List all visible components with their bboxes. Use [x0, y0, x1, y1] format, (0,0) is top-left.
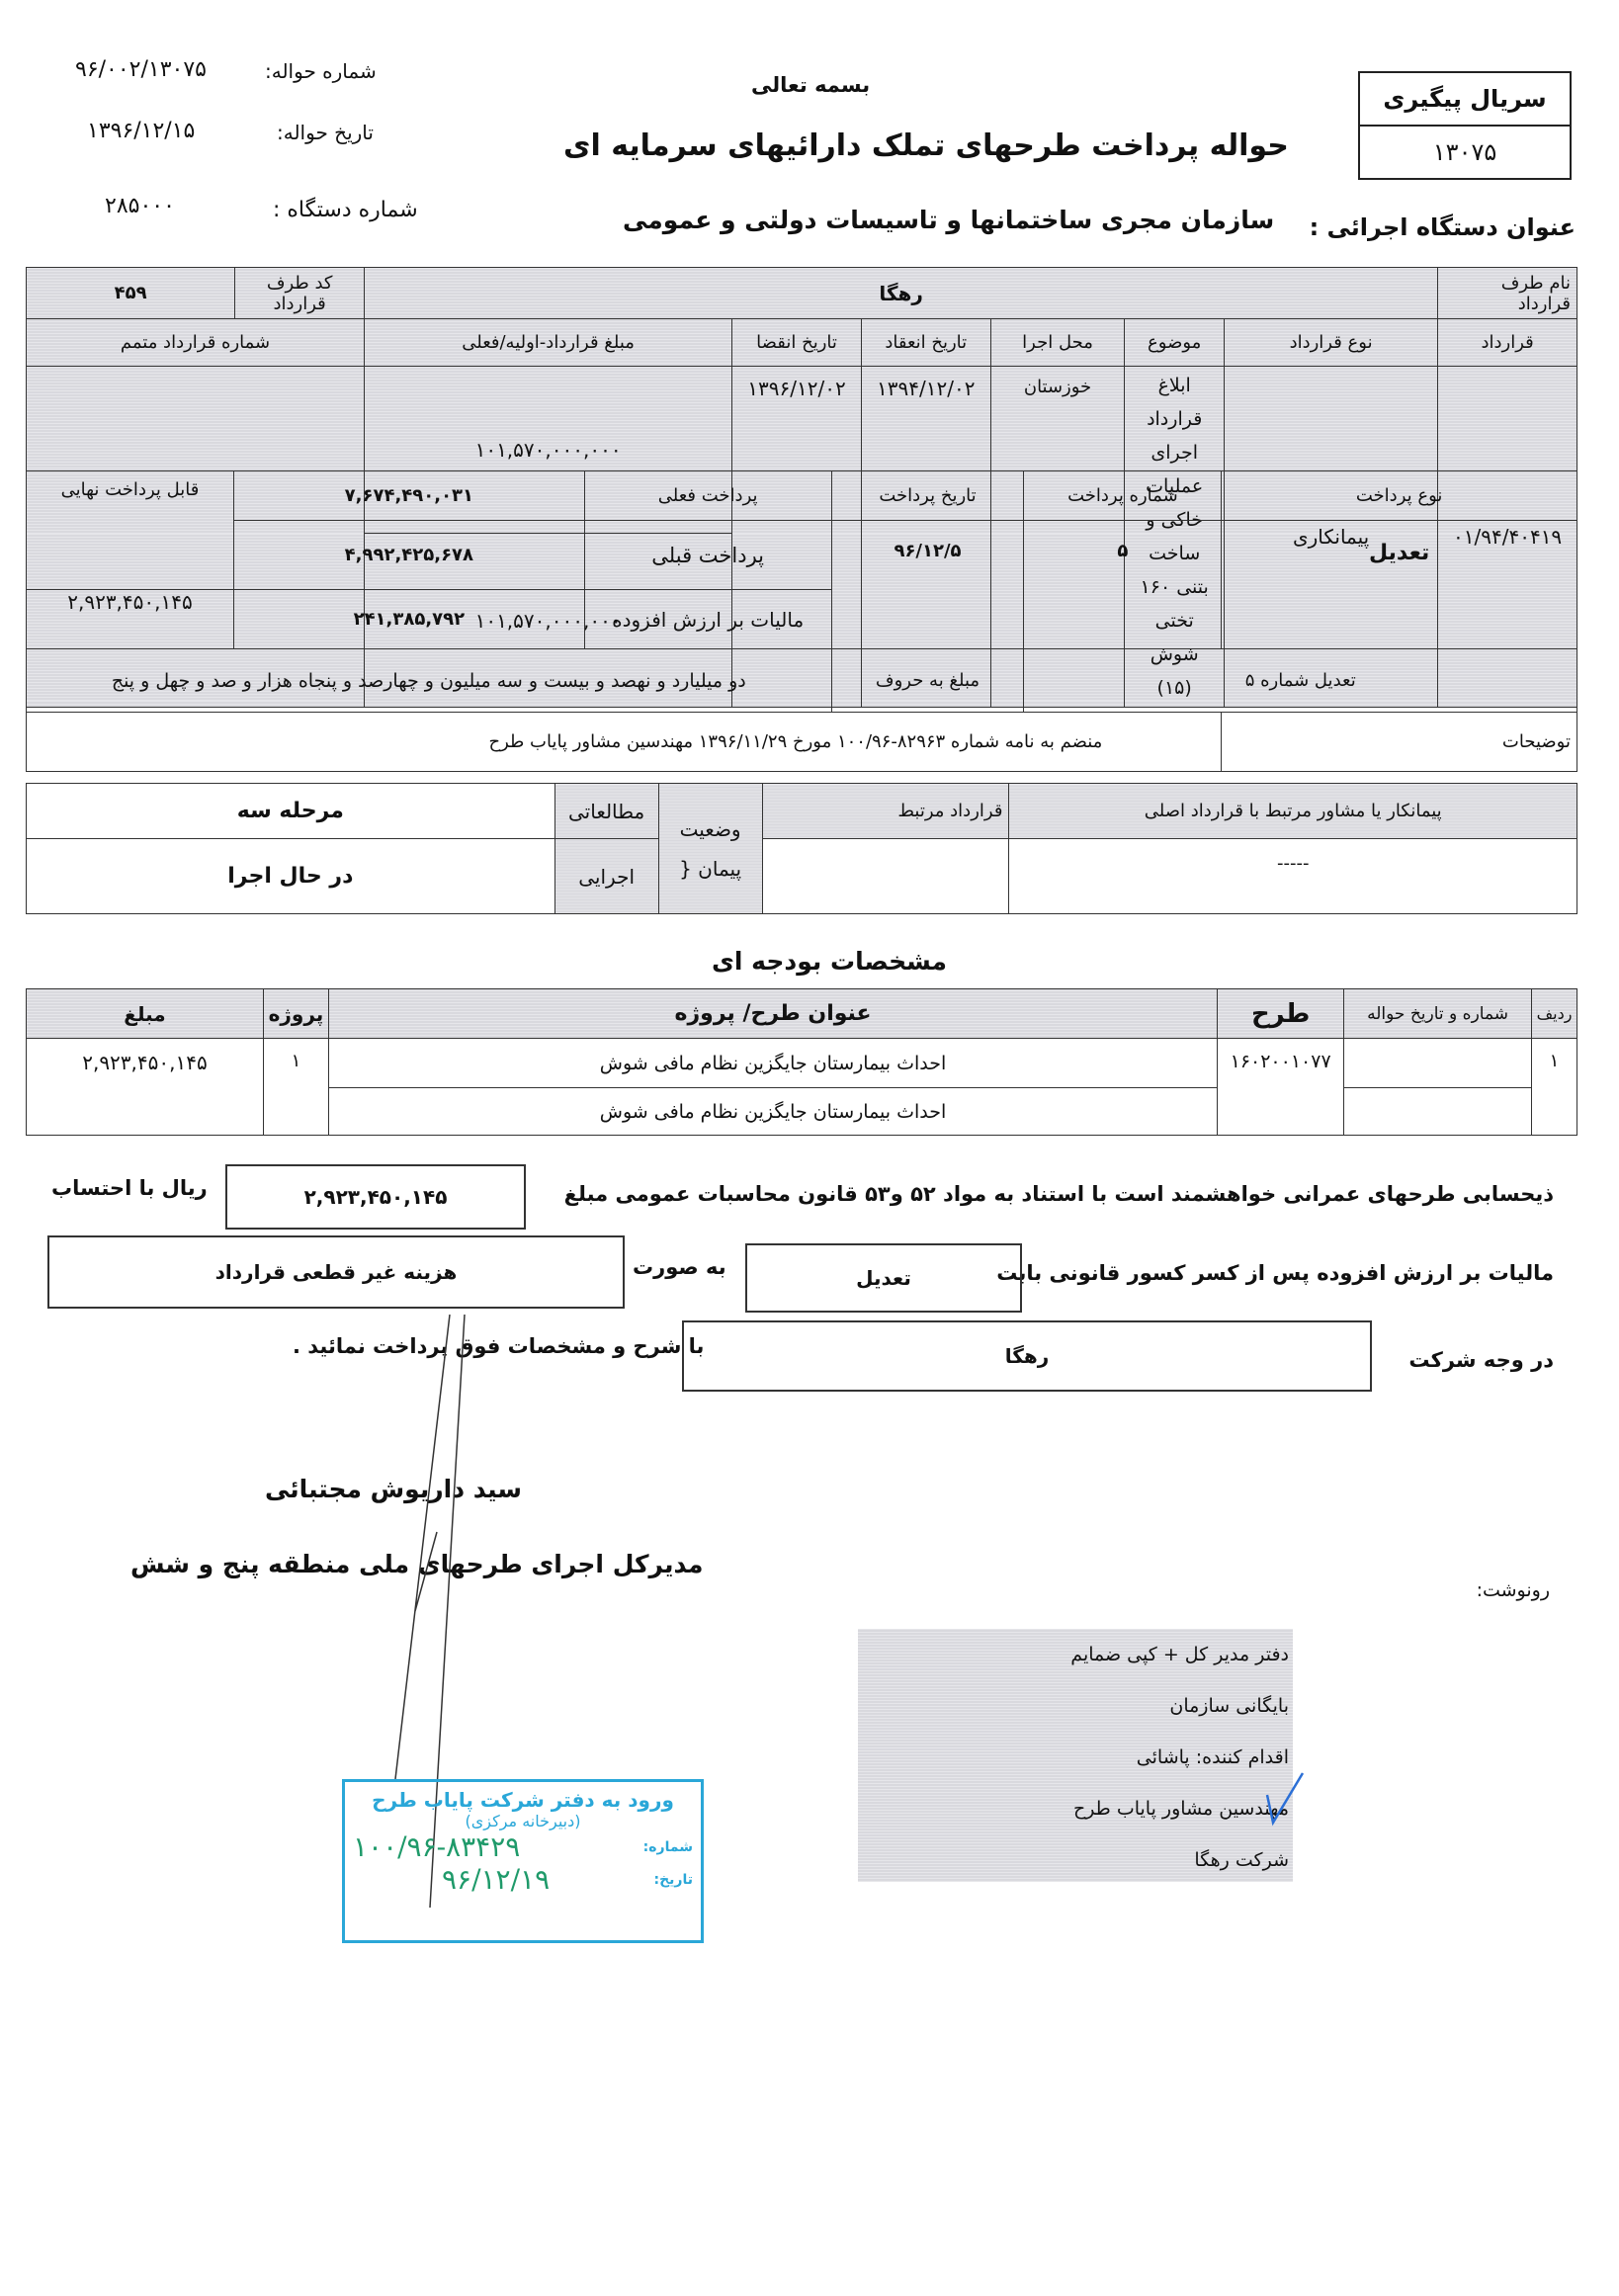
- basmala: بسمه تعالی: [751, 73, 870, 97]
- budget-col-remit: شماره و تاریخ حواله: [1344, 989, 1532, 1039]
- budget-row-project: ۱: [263, 1039, 328, 1136]
- budget-section-title: مشخصات بودجه ای: [712, 947, 947, 976]
- agency-label: عنوان دستگاه اجرائی :: [1310, 213, 1576, 241]
- status-label: وضعیت: [665, 809, 756, 849]
- payment-type-value: تعدیل: [1222, 521, 1577, 649]
- adjustment-note: تعدیل شماره ۵: [1024, 649, 1577, 713]
- payment-number-value: ۵: [1024, 521, 1222, 649]
- notes-value: منضم به نامه شماره ۸۲۹۶۳-۱۰۰/۹۶ مورخ ۱۳۹…: [27, 713, 1222, 772]
- stamp-line-1: ورود به دفتر شرکت پایاب طرح: [345, 1788, 701, 1812]
- col-contract: قرارداد: [1438, 319, 1577, 367]
- executive-label: اجرایی: [554, 839, 658, 914]
- checkmark-icon: [1265, 1771, 1305, 1827]
- stamp-date-value: ۹۶/۱۲/۱۹: [442, 1863, 550, 1896]
- party-code-label: کد طرف قرارداد: [235, 268, 365, 319]
- remit-number-value: ۹۶/۰۰۲/۱۳۰۷۵: [75, 57, 207, 82]
- related-contract-value: [762, 839, 1009, 914]
- vat-label: مالیات بر ارزش افزوده: [584, 590, 831, 649]
- budget-row-remit: [1344, 1039, 1532, 1088]
- col-amount: مبلغ قرارداد-اولیه/فعلی: [365, 319, 732, 367]
- previous-payment-value: ۴,۹۹۲,۴۲۵,۶۷۸: [233, 521, 584, 590]
- final-payable-label: قابل پرداخت نهایی: [27, 471, 234, 590]
- stamp-number-value: ۱۰۰/۹۶-۸۳۴۲۹: [353, 1830, 520, 1863]
- study-label: مطالعاتی: [554, 784, 658, 839]
- budget-table: ردیف شماره و تاریخ حواله طرح عنوان طرح/ …: [26, 988, 1577, 1136]
- cc-list: دفتر مدیر کل + کپی ضمایم بایگانی سازمان …: [858, 1629, 1293, 1882]
- current-payment-value: ۷,۶۷۴,۴۹۰,۰۳۱: [233, 471, 584, 521]
- cc-label: رونوشت:: [1477, 1579, 1550, 1601]
- related-contract-label: قرارداد مرتبط: [762, 784, 1009, 839]
- instruction-line-3-prefix: در وجه شرکت: [1408, 1348, 1554, 1372]
- instruction-line-3-suffix: با شرح و مشخصات فوق پرداخت نمائید .: [293, 1334, 704, 1358]
- col-type: نوع قرارداد: [1224, 319, 1437, 367]
- cc-item: دفتر مدیر کل + کپی ضمایم: [858, 1629, 1293, 1680]
- serial-label: سریال پیگیری: [1360, 73, 1570, 125]
- budget-row-remit-2: [1344, 1088, 1532, 1136]
- payment-table: نوع پرداخت شماره پرداخت تاریخ پرداخت پرد…: [26, 470, 1577, 772]
- payment-date-value: ۹۶/۱۲/۵: [831, 521, 1024, 649]
- remit-number-label: شماره حواله:: [265, 59, 377, 83]
- budget-col-amount: مبلغ: [27, 989, 264, 1039]
- stage-value: مرحله سه: [27, 784, 555, 839]
- budget-row: ۱ ۱۶۰۲۰۰۱۰۷۷ احداث بیمارستان جایگزین نظا…: [27, 1039, 1577, 1088]
- serial-box: سریال پیگیری ۱۳۰۷۵: [1358, 71, 1572, 180]
- col-location: محل اجرا: [990, 319, 1125, 367]
- instruction-company-box: رهگا: [682, 1320, 1372, 1392]
- col-start-date: تاریخ انعقاد: [861, 319, 990, 367]
- device-number-label: شماره دستگاه :: [273, 198, 418, 222]
- instruction-line-2-mid: به صورت: [633, 1255, 726, 1279]
- cc-item: بایگانی سازمان: [858, 1680, 1293, 1732]
- budget-row-title-2: احداث بیمارستان جایگزین نظام مافی شوش: [328, 1088, 1217, 1136]
- party-name-label: نام طرف قرارداد: [1438, 268, 1577, 319]
- notes-label: توضیحات: [1222, 713, 1577, 772]
- instruction-reason-box: تعدیل: [745, 1243, 1022, 1313]
- cc-item: اقدام کننده: پاشائی: [858, 1732, 1293, 1783]
- received-stamp: ورود به دفتر شرکت پایاب طرح (دبیرخانه مر…: [342, 1779, 704, 1943]
- payment-date-label: تاریخ پرداخت: [831, 471, 1024, 521]
- current-payment-label: پرداخت فعلی: [584, 471, 831, 521]
- budget-col-title: عنوان طرح/ پروژه: [328, 989, 1217, 1039]
- progress-value: در حال اجرا: [27, 839, 555, 914]
- stamp-number-label: شماره:: [643, 1839, 693, 1855]
- instruction-line-1-suffix: ریال با احتساب: [51, 1176, 208, 1200]
- remit-date-label: تاریخ حواله:: [277, 121, 374, 144]
- stamp-date-label: تاریخ:: [653, 1872, 693, 1888]
- instruction-form-box: هزینه غیر قطعی قرارداد: [47, 1235, 625, 1309]
- related-party-label: پیمانکار یا مشاور مرتبط با قرارداد اصلی: [1009, 784, 1577, 839]
- agency-name: سازمان مجری ساختمانها و تاسیسات دولتی و …: [623, 206, 1274, 234]
- cc-item: شرکت رهگا: [858, 1834, 1293, 1886]
- contract-status-label: وضعیت پیمان {: [658, 784, 762, 914]
- budget-row-amount: ۲,۹۲۳,۴۵۰,۱۴۵: [27, 1039, 264, 1136]
- amount-in-words-label: مبلغ به حروف: [831, 649, 1024, 713]
- budget-col-project: پروژه: [263, 989, 328, 1039]
- related-party-value: -----: [1009, 839, 1577, 914]
- budget-col-plan: طرح: [1218, 989, 1344, 1039]
- instruction-line-1: ذیحسابی طرحهای عمرانی خواهشمند است با اس…: [564, 1182, 1554, 1206]
- cc-item: مهندسین مشاور پایاب طرح: [858, 1783, 1293, 1834]
- page-title: حواله پرداخت طرحهای تملک دارائیهای سرمای…: [563, 128, 1289, 163]
- instruction-line-2: مالیات بر ارزش افزوده پس از کسر کسور قان…: [996, 1261, 1554, 1285]
- device-number-value: ۲۸۵۰۰۰: [105, 194, 175, 218]
- vat-value: ۲۴۱,۳۸۵,۷۹۲: [233, 590, 584, 649]
- party-code-value: ۴۵۹: [27, 268, 235, 319]
- col-subject: موضوع: [1125, 319, 1225, 367]
- budget-col-row: ردیف: [1532, 989, 1577, 1039]
- budget-row-title-1: احداث بیمارستان جایگزین نظام مافی شوش: [328, 1039, 1217, 1088]
- col-end-date: تاریخ انقضا: [732, 319, 862, 367]
- stamp-line-2: (دبیرخانه مرکزی): [345, 1812, 701, 1830]
- remit-date-value: ۱۳۹۶/۱۲/۱۵: [87, 119, 195, 143]
- contract-brace-label: پیمان {: [665, 849, 756, 889]
- budget-row-index: ۱: [1532, 1039, 1577, 1136]
- budget-row-plan: ۱۶۰۲۰۰۱۰۷۷: [1218, 1039, 1344, 1136]
- payment-type-label: نوع پرداخت: [1222, 471, 1577, 521]
- payment-number-label: شماره پرداخت: [1024, 471, 1222, 521]
- previous-payment-label: پرداخت قبلی: [584, 521, 831, 590]
- serial-value: ۱۳۰۷۵: [1360, 125, 1570, 178]
- party-name-value: رهگا: [365, 268, 1438, 319]
- col-supplement: شماره قرارداد متمم: [27, 319, 365, 367]
- instruction-amount-box: ۲,۹۲۳,۴۵۰,۱۴۵: [225, 1164, 526, 1230]
- amount-in-words-value: دو میلیارد و نهصد و بیست و سه میلیون و چ…: [27, 649, 832, 713]
- status-table: پیمانکار یا مشاور مرتبط با قرارداد اصلی …: [26, 783, 1577, 914]
- final-payable-value: ۲,۹۲۳,۴۵۰,۱۴۵: [27, 590, 234, 649]
